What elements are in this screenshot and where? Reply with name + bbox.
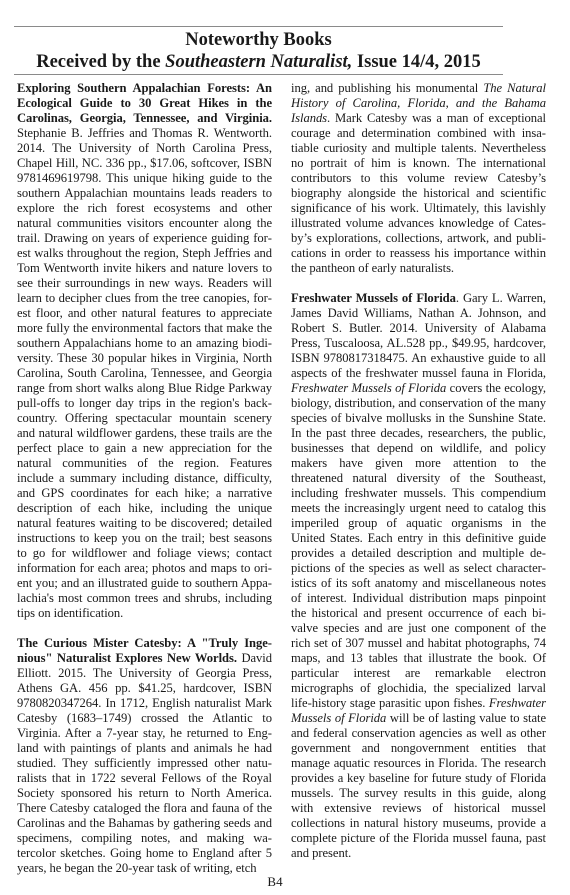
- cited-work-title: Freshwater Mussels of Florida: [291, 381, 446, 395]
- book-entry-curious-mister-catesby: The Curious Mister Catesby: A "Truly Ing…: [17, 636, 272, 876]
- book-description: will be of lasting value to state and fe…: [291, 711, 546, 860]
- left-column: Exploring Southern Appalachian Forests: …: [17, 81, 272, 891]
- header-bottom-rule: [14, 74, 503, 75]
- book-description: This unique hiking guide to the southern…: [17, 171, 272, 620]
- book-description: . Mark Catesby was a man of exceptional …: [291, 111, 546, 275]
- book-title: Freshwater Mussels of Florida: [291, 291, 456, 305]
- book-title: Exploring Southern Appalachian Forests: …: [17, 81, 272, 125]
- right-column: ing, and publishing his monumental The N…: [291, 81, 546, 876]
- header-subtitle: Received by the Southeastern Naturalist,…: [14, 51, 503, 73]
- header-top-rule: [14, 26, 503, 27]
- book-entry-appalachian-forests: Exploring Southern Appalachian Forests: …: [17, 81, 272, 621]
- header-title: Noteworthy Books: [14, 29, 503, 51]
- book-entry-catesby-continued: ing, and publishing his monumental The N…: [291, 81, 546, 276]
- book-description: covers the ecol­ogy, biology, distributi…: [291, 381, 546, 710]
- book-title: The Curious Mister Catesby: A "Truly Ing…: [17, 636, 272, 665]
- book-description: ing, and publishing his monumental: [291, 81, 483, 95]
- book-entry-freshwater-mussels: Freshwater Mussels of Florida. Gary L. W…: [291, 291, 546, 861]
- journal-name: Southeastern Naturalist,: [165, 52, 352, 72]
- page-header: Noteworthy Books Received by the Southea…: [14, 29, 503, 73]
- page-number: B4: [0, 874, 550, 890]
- book-description: In 1712, English naturalist Mark Catesby…: [17, 696, 272, 875]
